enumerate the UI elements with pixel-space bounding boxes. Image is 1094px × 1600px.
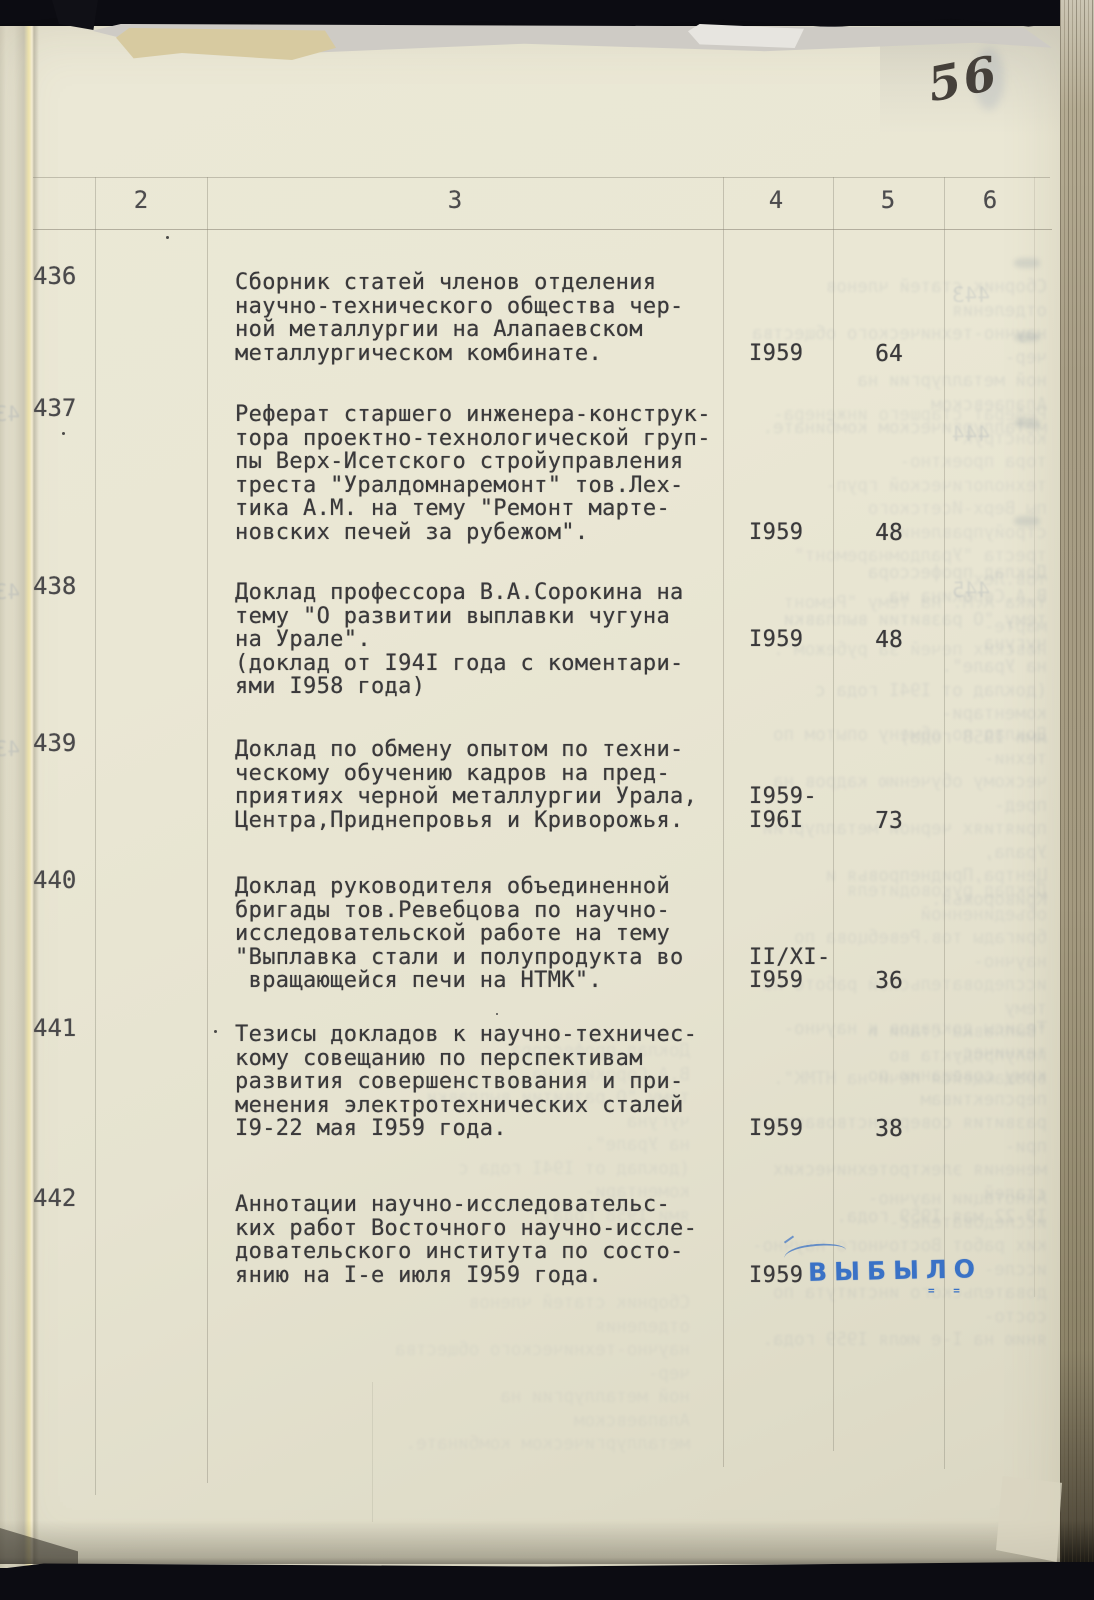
paper-scrap — [996, 1476, 1062, 1562]
description-line: Доклад профессора В.А.Сорокина на — [235, 580, 684, 604]
entry-year: I959 — [749, 1263, 803, 1288]
entry-number: 437 — [33, 394, 76, 422]
bleedthrough-mark — [1014, 418, 1040, 428]
scanned-archive-page: 56 2 3 4 5 6 Сборник статей членов отдел… — [0, 0, 1094, 1600]
speck — [496, 1013, 498, 1015]
description-line: треста "Уралдомнаремонт" тов.Лех- — [235, 473, 711, 497]
description-line: Доклад руководителя объединенной — [235, 874, 684, 898]
description-line: исследовательской работе на тему — [235, 921, 684, 945]
description-line: вращающейся печи на НТМК". — [235, 968, 684, 992]
entry-year: II/XI- — [749, 945, 831, 970]
vybylo-stamp: ВЫБЫЛО — [808, 1254, 983, 1287]
description-line: I9-22 мая I959 года. — [235, 1116, 697, 1140]
entry-number: 441 — [33, 1014, 76, 1042]
entry-number: 439 — [33, 729, 76, 757]
entry-year: I959 — [749, 1116, 803, 1141]
stamp-underline-marks: = = — [928, 1284, 966, 1297]
description-line: Аннотации научно-исследовательс- — [235, 1192, 697, 1216]
speck — [214, 1030, 217, 1033]
entry-page-count: 64 — [866, 341, 912, 367]
description-line: на Урале". — [235, 627, 684, 651]
description-line: тика А.М. на тему "Ремонт марте- — [235, 496, 711, 520]
page-stack-striations — [1060, 0, 1094, 1600]
description-line: Тезисы докладов к научно-техничес- — [235, 1022, 697, 1046]
grid-line — [1034, 177, 1035, 1297]
column-header: 5 — [868, 186, 908, 214]
description-line: научно-технического общества чер- — [235, 294, 684, 318]
speck — [166, 236, 169, 239]
binding-fold — [0, 26, 40, 1568]
description-line: Сборник статей членов отделения — [235, 270, 684, 294]
entry-page-count: 73 — [866, 808, 912, 834]
column-header: 6 — [970, 186, 1010, 214]
grid-line — [207, 177, 208, 1483]
entry-description: Доклад по обмену опытом по техни-ческому… — [235, 737, 697, 831]
entry-number: 440 — [33, 866, 76, 894]
speck — [62, 432, 65, 435]
description-line: тора проектно-технологической груп- — [235, 426, 711, 450]
grid-line — [33, 177, 1050, 178]
entry-description: Сборник статей членов отделениянаучно-те… — [235, 270, 684, 364]
entry-year: I959 — [749, 968, 803, 993]
entry-page-count: 38 — [866, 1116, 912, 1142]
entry-description: Доклад руководителя объединеннойбригады … — [235, 874, 684, 992]
description-line: металлургическом комбинате. — [235, 341, 684, 365]
description-line: ческому обучению кадров на пред- — [235, 761, 697, 785]
grid-line — [723, 177, 724, 1467]
grid-line — [33, 229, 1052, 230]
entry-year: I959- — [749, 784, 817, 809]
description-line: (доклад от I94I года с коментари- — [235, 651, 684, 675]
paper-scrap — [116, 28, 336, 60]
bleedthrough-mark — [1014, 332, 1040, 342]
column-header: 4 — [756, 186, 796, 214]
description-line: ями I958 года) — [235, 674, 684, 698]
entry-year: I96I — [749, 808, 803, 833]
description-line: бригады тов.Ревебцова по научно- — [235, 898, 684, 922]
entry-year: I959 — [749, 520, 803, 545]
description-line: пы Верх-Исетского стройуправления — [235, 449, 711, 473]
description-line: Центра,Приднепровья и Криворожья. — [235, 808, 697, 832]
entry-page-count: 36 — [866, 968, 912, 994]
entry-year: I959 — [749, 341, 803, 366]
column-header: 2 — [121, 186, 161, 214]
entry-description: Тезисы докладов к научно-техничес-кому с… — [235, 1022, 697, 1140]
entry-number: 438 — [33, 572, 76, 600]
description-line: Реферат старшего инженера-конструк- — [235, 402, 711, 426]
description-line: "Выплавка стали и полупродукта во — [235, 945, 684, 969]
scan-bottom-edge — [0, 1562, 1094, 1600]
description-line: янию на I-е июля I959 года. — [235, 1263, 697, 1287]
entry-year: I959 — [749, 627, 803, 652]
description-line: ной металлургии на Алапаевском — [235, 317, 684, 341]
bleedthrough-mark — [1014, 258, 1040, 268]
description-line: тему "О развитии выплавки чугуна — [235, 604, 684, 628]
entry-number: 436 — [33, 262, 76, 290]
bleed-line — [372, 1382, 373, 1522]
column-header: 3 — [435, 186, 475, 214]
bleedthrough-mark — [1014, 516, 1040, 526]
entry-description: Аннотации научно-исследовательс-ких рабо… — [235, 1192, 697, 1286]
description-line: ких работ Восточного научно-иссле- — [235, 1216, 697, 1240]
description-line: кому совещанию по перспективам — [235, 1046, 697, 1070]
description-line: довательского института по состо- — [235, 1239, 697, 1263]
entry-page-count: 48 — [866, 627, 912, 653]
entry-page-count: 48 — [866, 520, 912, 546]
entry-number: 442 — [33, 1184, 76, 1212]
description-line: приятиях черной металлургии Урала, — [235, 784, 697, 808]
page-stack-edge — [1060, 0, 1094, 1600]
entry-description: Доклад профессора В.А.Сорокина натему "О… — [235, 580, 684, 698]
grid-line — [95, 177, 96, 1495]
entry-description: Реферат старшего инженера-конструк-тора … — [235, 402, 711, 543]
description-line: развития совершенствования и при- — [235, 1069, 697, 1093]
description-line: новских печей за рубежом". — [235, 520, 711, 544]
page-bottom-shadow — [0, 1520, 1062, 1564]
description-line: менения электротехнических сталей — [235, 1093, 697, 1117]
description-line: Доклад по обмену опытом по техни- — [235, 737, 697, 761]
